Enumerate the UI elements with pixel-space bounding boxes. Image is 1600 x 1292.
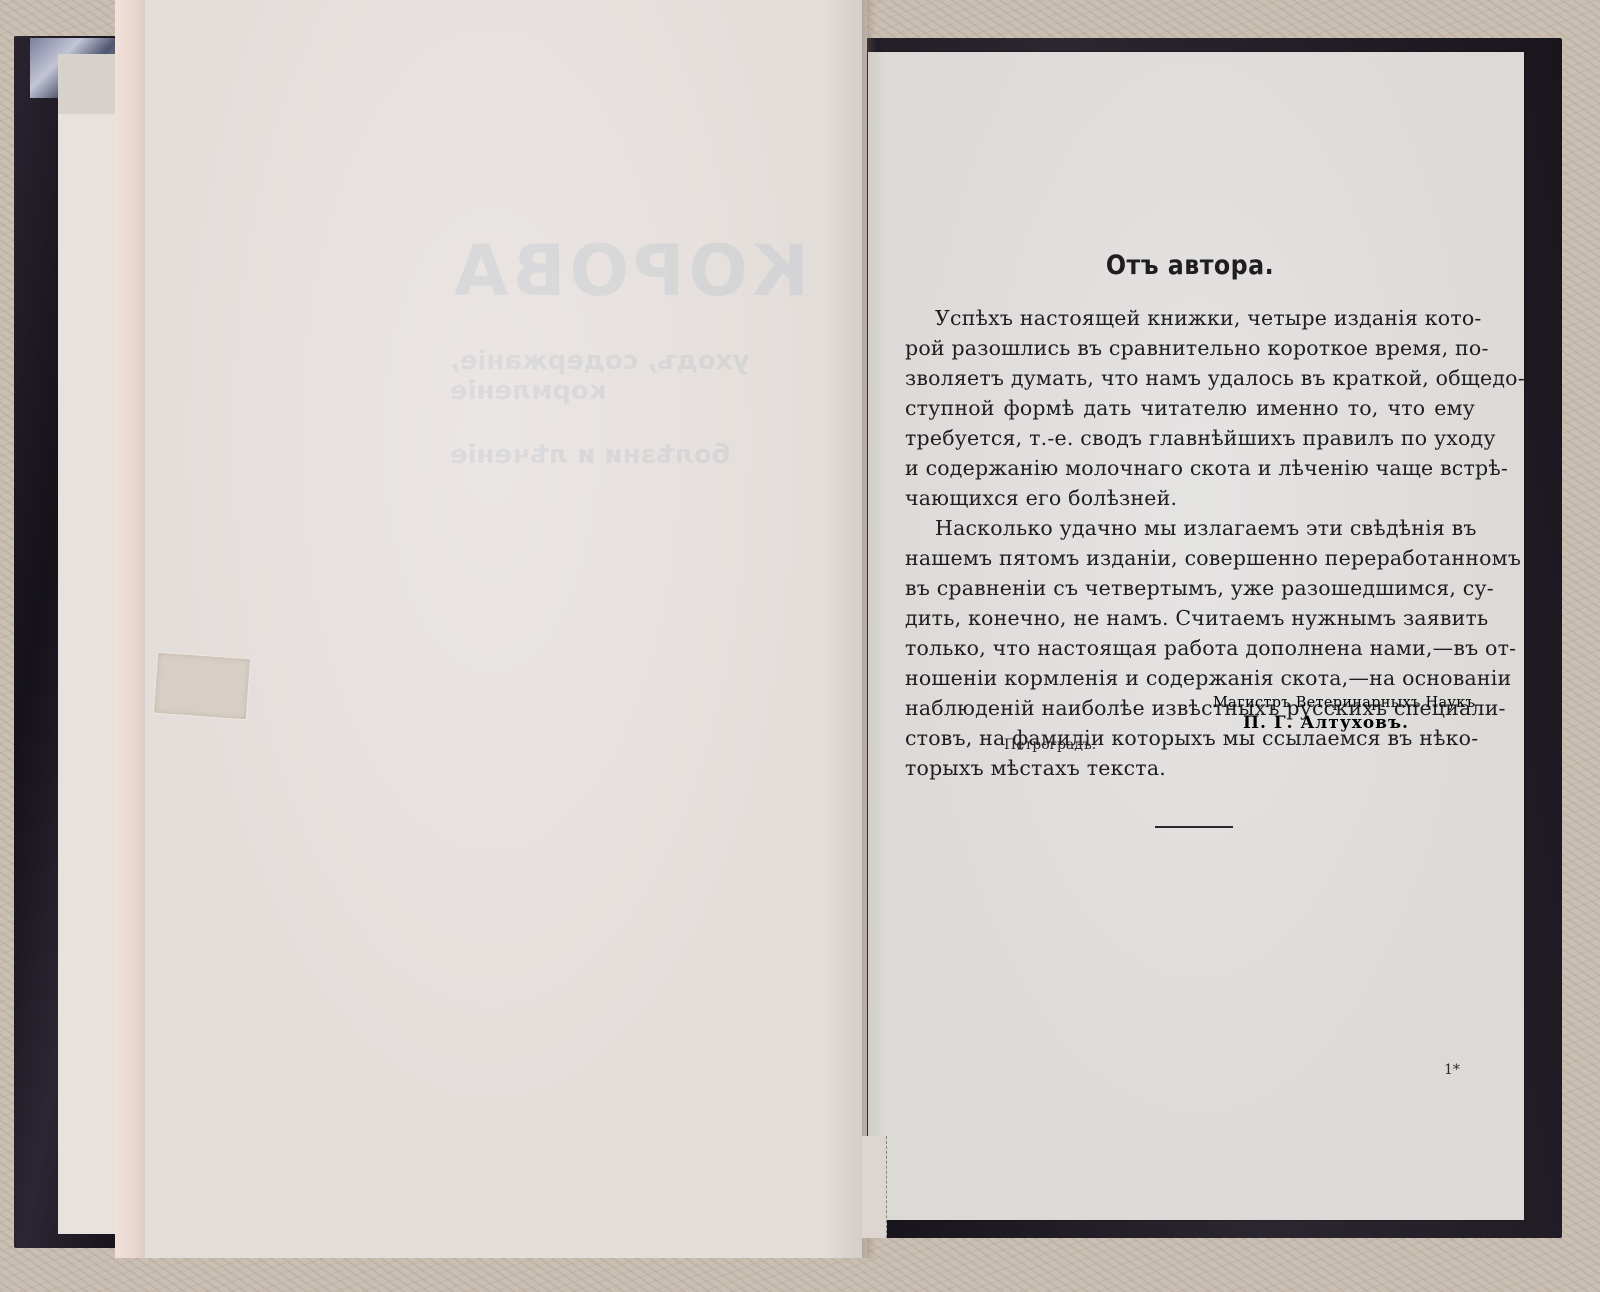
text-line: только, что настоящая работа дополнена н… <box>905 633 1475 663</box>
text-line: и содержанiю молочнаго скота и лѣченiю ч… <box>905 453 1475 483</box>
text-line: Насколько удачно мы излагаемъ эти свѣдѣн… <box>905 513 1475 543</box>
section-end-rule <box>1155 826 1233 828</box>
text-line: ношенiи кормленiя и содержанiя скота,—на… <box>905 663 1475 693</box>
page-number: 1* <box>1444 1062 1460 1078</box>
torn-page-fragment <box>862 1136 887 1238</box>
preface-paragraph-1: Успѣхъ настоящей книжки, четыре изданiя … <box>905 303 1475 513</box>
text-line: торыхъ мѣстахъ текста. <box>905 753 1475 783</box>
author-signature: Магистръ Ветеринарныхъ Наукъ П. Г. Алтух… <box>1213 695 1493 733</box>
left-page <box>115 0 867 1258</box>
left-page-deckle-edge <box>115 0 145 1258</box>
place-of-publication: Петроградъ. <box>1004 737 1096 753</box>
author-degree: Магистръ Ветеринарныхъ Наукъ <box>1213 695 1493 711</box>
text-line: въ сравненiи съ четвертымъ, уже разошедш… <box>905 573 1475 603</box>
text-line: дить, конечно, не намъ. Считаемъ нужнымъ… <box>905 603 1475 633</box>
text-line: зволяетъ думать, что намъ удалось въ кра… <box>905 363 1475 393</box>
text-line: рой разошлись въ сравнительно короткое в… <box>905 333 1475 363</box>
text-line: нашемъ пятомъ изданiи, совершенно перера… <box>905 543 1475 573</box>
text-line: Успѣхъ настоящей книжки, четыре изданiя … <box>905 303 1475 333</box>
tape-remnant <box>153 652 251 720</box>
text-line: чающихся его болѣзней. <box>905 483 1475 513</box>
endpaper-left <box>58 54 118 1234</box>
text-line: требуется, т.-е. сводъ главнѣйшихъ прави… <box>905 423 1475 453</box>
text-line: ступной формѣ дать читателю именно то, ч… <box>905 393 1475 423</box>
author-name: П. Г. Алтуховъ. <box>1213 713 1493 733</box>
preface-paragraph-2: Насколько удачно мы излагаемъ эти свѣдѣн… <box>905 513 1475 783</box>
preface-heading: Отъ автора. <box>939 250 1441 281</box>
